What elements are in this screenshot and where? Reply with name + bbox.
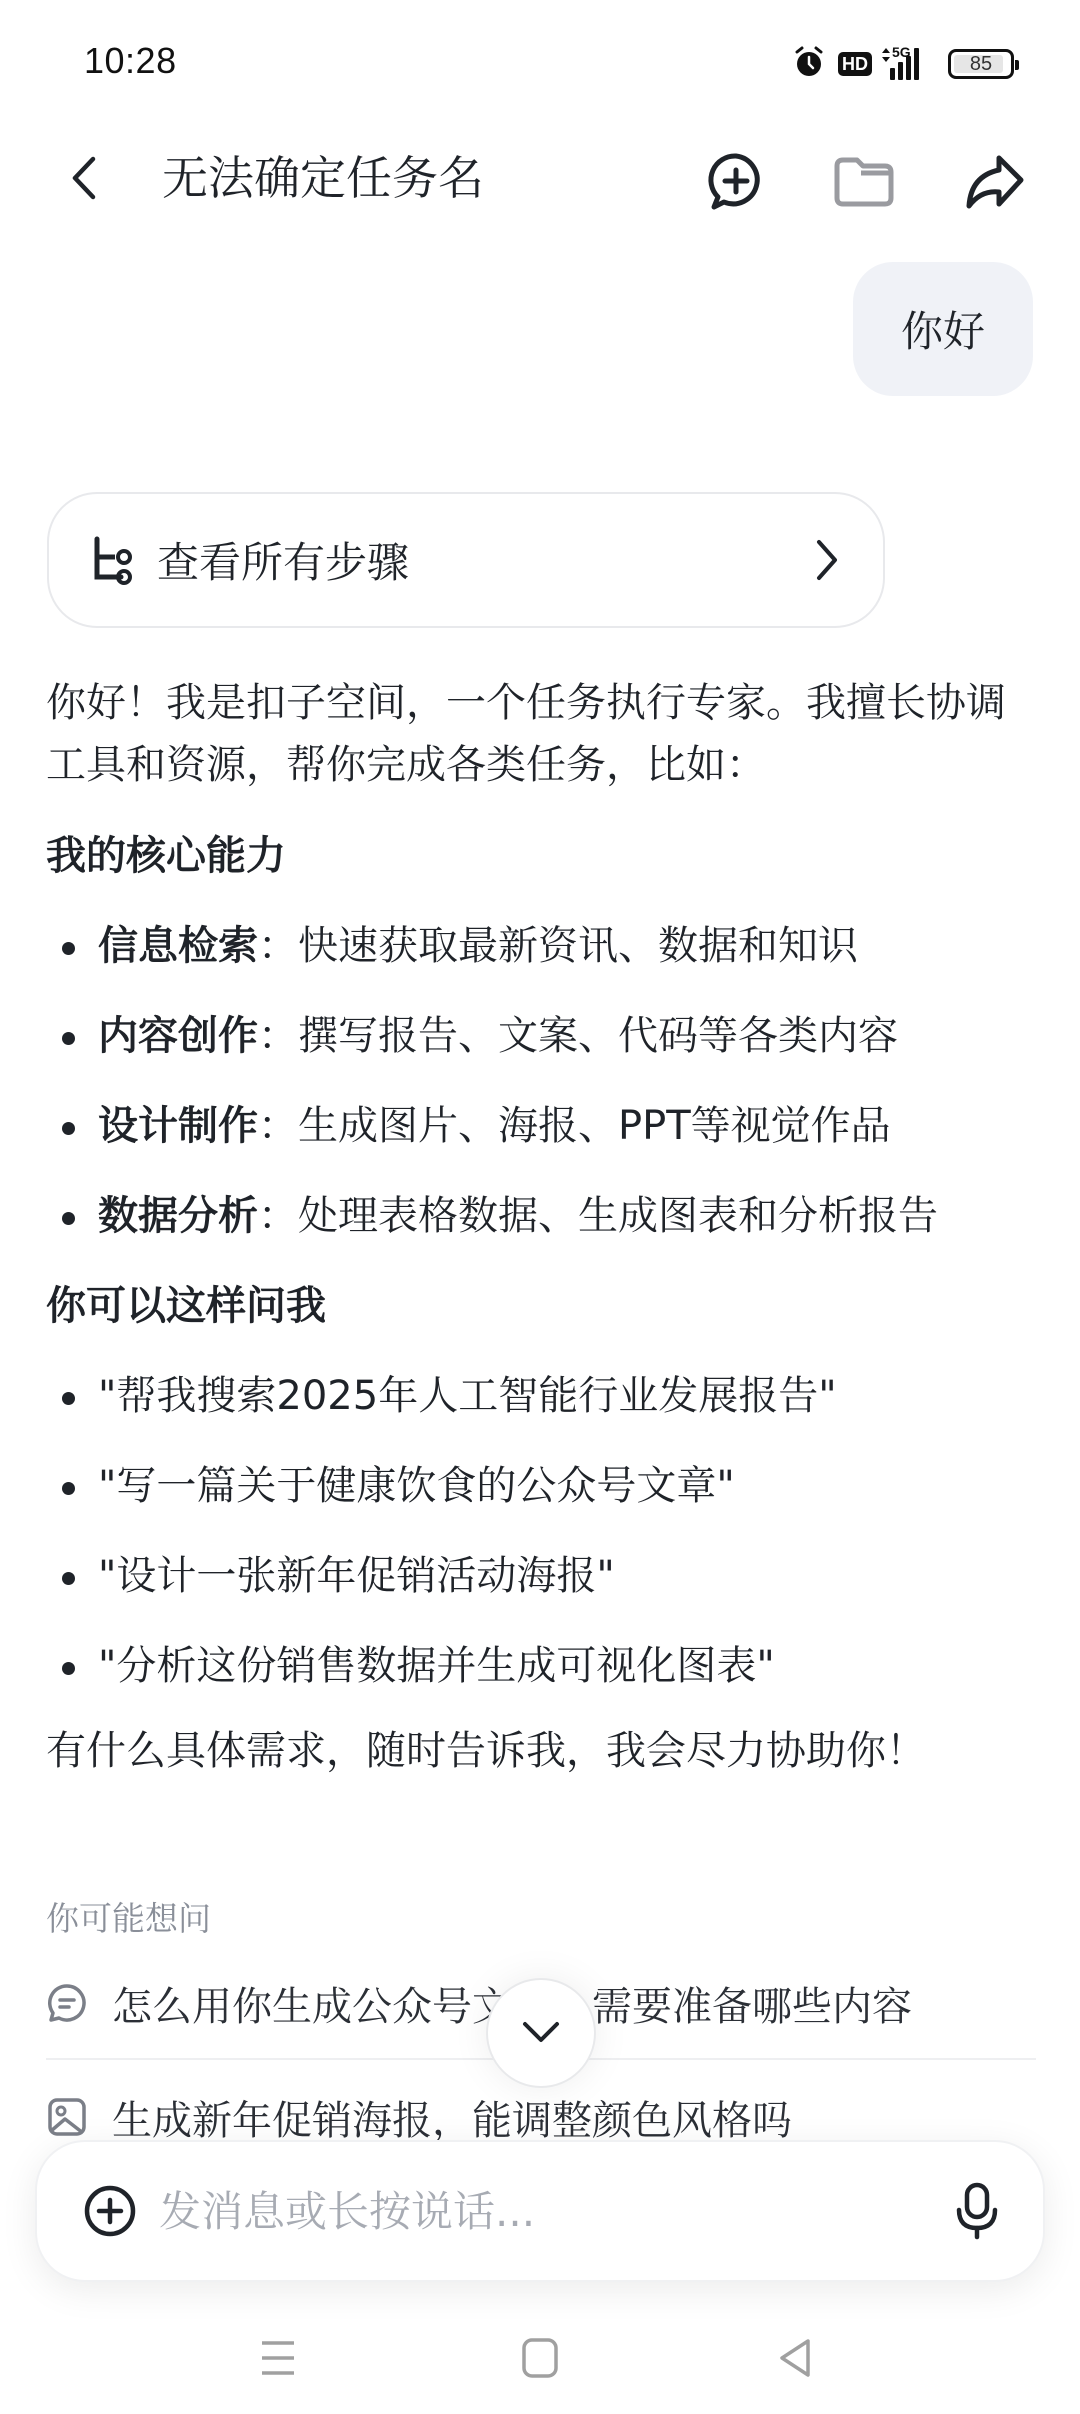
capability-item: 设计制作：生成图片、海报、PPT等视觉作品 xyxy=(46,1096,1036,1156)
add-attachment-button[interactable] xyxy=(83,2184,137,2238)
capability-item: 信息检索：快速获取最新资讯、数据和知识 xyxy=(46,916,1036,976)
status-time: 10:28 xyxy=(84,40,177,82)
example-item: "帮我搜索2025年人工智能行业发展报告" xyxy=(46,1366,1036,1426)
share-arrow-icon xyxy=(963,154,1025,210)
back-triangle-icon xyxy=(776,2337,816,2379)
capabilities-list: 信息检索：快速获取最新资讯、数据和知识 内容创作：撰写报告、文案、代码等各类内容… xyxy=(46,916,1036,1246)
nav-menu-button[interactable] xyxy=(248,2328,308,2388)
files-button[interactable] xyxy=(832,150,896,214)
suggestion-text: 生成新年促销海报，能调整颜色风格吗 xyxy=(112,2089,792,2146)
scroll-to-bottom-button[interactable] xyxy=(488,1980,594,2086)
example-item: "写一篇关于健康饮食的公众号文章" xyxy=(46,1456,1036,1516)
status-icons: HD 5G 85 xyxy=(794,44,1014,84)
chat-bubble-icon xyxy=(46,1982,88,2024)
assistant-message: 你好！我是扣子空间，一个任务执行专家。我擅长协调工具和资源，帮你完成各类任务，比… xyxy=(46,672,1036,1782)
chat-plus-icon xyxy=(706,152,766,212)
capability-item: 内容创作：撰写报告、文案、代码等各类内容 xyxy=(46,1006,1036,1066)
plus-circle-icon xyxy=(83,2184,137,2238)
example-item: "设计一张新年促销活动海报" xyxy=(46,1546,1036,1606)
suggestions-title: 你可能想问 xyxy=(46,1893,211,1940)
voice-input-button[interactable] xyxy=(955,2182,999,2240)
example-item: "分析这份销售数据并生成可视化图表" xyxy=(46,1636,1036,1696)
examples-list: "帮我搜索2025年人工智能行业发展报告" "写一篇关于健康饮食的公众号文章" … xyxy=(46,1366,1036,1696)
user-message-text: 你好 xyxy=(901,299,985,359)
message-input[interactable] xyxy=(159,2187,955,2236)
capability-item: 数据分析：处理表格数据、生成图表和分析报告 xyxy=(46,1186,1036,1246)
page-title: 无法确定任务名 xyxy=(162,150,484,206)
chevron-down-icon xyxy=(521,2020,561,2046)
nav-home-button[interactable] xyxy=(510,2328,570,2388)
assistant-intro: 你好！我是扣子空间，一个任务执行专家。我擅长协调工具和资源，帮你完成各类任务，比… xyxy=(46,672,1036,796)
chevron-right-icon xyxy=(815,538,839,582)
capabilities-heading: 我的核心能力 xyxy=(46,826,1036,886)
folder-icon xyxy=(833,156,895,208)
view-all-steps-label: 查看所有步骤 xyxy=(157,530,815,590)
examples-heading: 你可以这样问我 xyxy=(46,1276,1036,1336)
share-button[interactable] xyxy=(962,150,1026,214)
assistant-closing: 有什么具体需求，随时告诉我，我会尽力协助你！ xyxy=(46,1720,1036,1782)
message-composer xyxy=(35,2140,1045,2282)
new-chat-button[interactable] xyxy=(704,150,768,214)
system-nav-bar xyxy=(0,2318,1080,2388)
back-button[interactable] xyxy=(60,154,108,202)
chevron-left-icon xyxy=(69,155,99,201)
top-app-bar: 无法确定任务名 xyxy=(0,130,1080,226)
image-icon xyxy=(46,2096,88,2138)
battery-indicator: 85 xyxy=(948,49,1014,79)
hd-badge: HD xyxy=(838,52,872,76)
alarm-clock-icon xyxy=(794,45,824,83)
signal-bars-icon: 5G xyxy=(886,48,934,80)
workflow-branch-icon xyxy=(91,535,135,585)
nav-back-button[interactable] xyxy=(766,2328,826,2388)
user-message-bubble: 你好 xyxy=(853,262,1033,396)
menu-lines-icon xyxy=(258,2338,298,2378)
microphone-icon xyxy=(955,2182,999,2240)
home-square-icon xyxy=(520,2337,560,2379)
view-all-steps-button[interactable]: 查看所有步骤 xyxy=(47,492,885,628)
